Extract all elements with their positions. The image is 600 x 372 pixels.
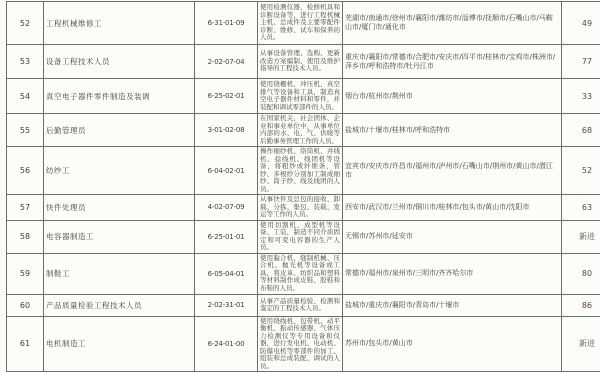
shortage-rank-cell: 33 — [562, 79, 600, 114]
table-row: 60 产品质量检验工程技术人员 2-02-31-01 从事产品质量检验、检测和鉴… — [7, 294, 600, 316]
row-number: 53 — [20, 57, 30, 66]
occupation-code: 6-04-02-01 — [208, 167, 245, 175]
city-list-cell: 烟台市/杭州市/荆州市 — [343, 79, 562, 114]
job-description-cell: 从事设备管理、选购、更新改造方案编制、使用及维护指导的工程技术人员。 — [258, 45, 343, 79]
occupation-name: 纺纱工 — [46, 166, 70, 175]
occupation-name-cell: 电机制造工 — [44, 316, 195, 356]
city-list-cell: 盐城市/重庆市/襄阳市/青岛市/十堰市 — [343, 294, 562, 316]
occupation-name-cell: 后勤管理员 — [44, 114, 195, 147]
job-description-cell: 使用检测仪器、检修机具和诊断设备等，进行工程机械主机、总成件及主要零配件诊断、维… — [258, 2, 343, 45]
city-list-cell: 芜湖市/南通市/徐州市/襄阳市/潍坊市/淄博市/抚顺市/石嘴山市/马鞍山市/厦门… — [343, 2, 562, 45]
occupation-code-cell: 6-05-04-01 — [195, 253, 258, 294]
table-row: 52 工程机械维修工 6-31-01-09 使用检测仪器、检修机具和诊断设备等，… — [7, 2, 600, 45]
row-number-cell: 58 — [7, 220, 44, 253]
occupation-name: 设备工程技术人员 — [46, 57, 110, 66]
city-list: 盐城市/十堰市/桂林市/呼和浩特市 — [345, 126, 559, 135]
shortage-rank-cell: 68 — [562, 114, 600, 147]
occupation-name: 真空电子器件零件制造及装调 — [46, 92, 150, 101]
row-number-cell: 52 — [7, 2, 44, 45]
occupations-table-body: 52 工程机械维修工 6-31-01-09 使用检测仪器、检修机具和诊断设备等，… — [7, 2, 600, 357]
occupation-code-cell: 2-02-31-01 — [195, 294, 258, 316]
occupation-code: 2-02-31-01 — [208, 301, 245, 309]
occupation-name: 工程机械维修工 — [46, 19, 102, 28]
job-description-cell: 使用绕栅机、冲压机、真空排气等设备和工具，制造真空电子器件材料和零件，并装配和调… — [258, 79, 343, 114]
row-number: 54 — [20, 92, 30, 101]
occupation-code-cell: 6-31-01-09 — [195, 2, 258, 45]
row-number-cell: 53 — [7, 45, 44, 79]
job-description-cell: 在国家机关、社会团体、企业和事业单位中，从事单位内部的水、电、气、供暖等后勤事务… — [258, 114, 343, 147]
row-number-cell: 59 — [7, 253, 44, 294]
occupation-code: 6-31-01-09 — [208, 19, 245, 27]
occupation-name: 制鞋工 — [46, 269, 70, 278]
city-list: 西安市/武汉市/兰州市/铜川市/桂林市/包头市/黄山市/沈阳市 — [345, 203, 559, 212]
occupation-code-cell: 6-25-02-01 — [195, 79, 258, 114]
occupation-code: 2-02-07-04 — [208, 58, 245, 66]
shortage-rank: 68 — [582, 126, 592, 135]
job-description-cell: 从事快件及总包的接收、卸载、分拣、集包、装载、发运等工作的人员。 — [258, 195, 343, 221]
job-description-cell: 操作细纱机、络筒机、并线机、捻线机、线团机等设备，将粗纱或纤维条、管纱、多根纱分… — [258, 147, 343, 195]
occupation-code-cell: 2-02-07-04 — [195, 45, 258, 79]
row-number: 57 — [20, 203, 30, 212]
occupation-name: 产品质量检验工程技术人员 — [46, 301, 142, 310]
city-list: 无锡市/苏州市/延安市 — [345, 232, 559, 241]
row-number-cell: 54 — [7, 79, 44, 114]
occupation-name-cell: 电容器制造工 — [44, 220, 195, 253]
occupation-code-cell: 6-25-01-01 — [195, 220, 258, 253]
city-list-cell: 盐城市/十堰市/桂林市/呼和浩特市 — [343, 114, 562, 147]
occupation-code-cell: 3-01-02-08 — [195, 114, 258, 147]
shortage-rank: 52 — [582, 166, 592, 175]
occupation-name-cell: 设备工程技术人员 — [44, 45, 195, 79]
row-number-cell: 60 — [7, 294, 44, 316]
occupation-code-cell: 4-02-07-09 — [195, 195, 258, 221]
occupation-code: 6-24-01-00 — [208, 340, 245, 348]
occupations-table: 52 工程机械维修工 6-31-01-09 使用检测仪器、检修机具和诊断设备等，… — [6, 1, 600, 356]
job-description: 使用绕线机、包带机、动平衡机、振动传感器、气体压力检测仪等专用设备和仪器，进行发… — [260, 318, 340, 357]
shortage-rank: 49 — [582, 19, 592, 28]
table-row: 61 电机制造工 6-24-01-00 使用绕线机、包带机、动平衡机、振动传感器… — [7, 316, 600, 356]
job-description: 使用绕栅机、冲压机、真空排气等设备和工具，制造真空电子器件材料和零件，并装配和调… — [260, 81, 340, 111]
document-page: 52 工程机械维修工 6-31-01-09 使用检测仪器、检修机具和诊断设备等，… — [6, 1, 594, 356]
city-list: 宜宾市/安庆市/许昌市/福州市/泸州市/石嘴山市/荆州市/黄山市/潜江市 — [345, 162, 559, 180]
occupation-code: 4-02-07-09 — [208, 203, 245, 211]
row-number-cell: 56 — [7, 147, 44, 195]
shortage-rank-cell: 86 — [562, 294, 600, 316]
job-description-cell: 使用黏合机、缝制机械、压合机、抛光机等设备或工具，将皮革、纺织品和塑料等材料制作… — [258, 253, 343, 294]
city-list: 芜湖市/南通市/徐州市/襄阳市/潍坊市/淄博市/抚顺市/石嘴山市/马鞍山市/厦门… — [345, 14, 559, 32]
shortage-rank-cell: 80 — [562, 253, 600, 294]
job-description: 使用切割机、成型机等设备、工装，制造不同介质固定和可变电容器的生产人员。 — [260, 222, 340, 252]
shortage-rank: 新进 — [579, 339, 595, 348]
row-number: 56 — [20, 166, 30, 175]
job-description-cell: 使用绕线机、包带机、动平衡机、振动传感器、气体压力检测仪等专用设备和仪器，进行发… — [258, 316, 343, 356]
occupation-code: 6-05-04-01 — [208, 270, 245, 278]
occupation-name-cell: 制鞋工 — [44, 253, 195, 294]
job-description: 使用检测仪器、检修机具和诊断设备等，进行工程机械主机、总成件及主要零配件诊断、维… — [260, 4, 340, 42]
job-description-cell: 从事产品质量检验、检测和鉴定的工程技术人员。 — [258, 294, 343, 316]
occupation-name: 电容器制造工 — [46, 232, 94, 241]
occupation-name: 电机制造工 — [46, 339, 86, 348]
city-list-cell: 常德市/福州市/泉州市/三明市/齐齐哈尔市 — [343, 253, 562, 294]
occupation-code: 6-25-01-01 — [208, 233, 245, 241]
occupation-name-cell: 真空电子器件零件制造及装调 — [44, 79, 195, 114]
occupation-name: 快件处理员 — [46, 203, 86, 212]
city-list-cell: 西安市/武汉市/兰州市/铜川市/桂林市/包头市/黄山市/沈阳市 — [343, 195, 562, 221]
job-description: 使用黏合机、缝制机械、压合机、抛光机等设备或工具，将皮革、纺织品和塑料等材料制作… — [260, 255, 340, 293]
occupation-code: 6-25-02-01 — [208, 92, 245, 100]
occupation-code: 3-01-02-08 — [208, 126, 245, 134]
shortage-rank-cell: 77 — [562, 45, 600, 79]
occupation-code-cell: 6-24-01-00 — [195, 316, 258, 356]
table-row: 56 纺纱工 6-04-02-01 操作细纱机、络筒机、并线机、捻线机、线团机等… — [7, 147, 600, 195]
occupation-name-cell: 产品质量检验工程技术人员 — [44, 294, 195, 316]
job-description: 从事快件及总包的接收、卸载、分拣、集包、装载、发运等工作的人员。 — [260, 196, 340, 219]
shortage-rank: 86 — [582, 301, 592, 310]
row-number-cell: 57 — [7, 195, 44, 221]
row-number: 52 — [20, 19, 30, 28]
occupation-code-cell: 6-04-02-01 — [195, 147, 258, 195]
city-list-cell: 苏州市/包头市/黄山市 — [343, 316, 562, 356]
row-number: 60 — [20, 301, 30, 310]
occupation-name-cell: 快件处理员 — [44, 195, 195, 221]
shortage-rank-cell: 63 — [562, 195, 600, 221]
city-list-cell: 重庆市/襄阳市/常德市/合肥市/安庆市/四平市/桂林市/宝鸡市/株洲市/萍乡市/… — [343, 45, 562, 79]
shortage-rank-cell: 新进 — [562, 220, 600, 253]
table-row: 58 电容器制造工 6-25-01-01 使用切割机、成型机等设备、工装，制造不… — [7, 220, 600, 253]
shortage-rank-cell: 49 — [562, 2, 600, 45]
shortage-rank-cell: 52 — [562, 147, 600, 195]
row-number: 59 — [20, 269, 30, 278]
table-row: 55 后勤管理员 3-01-02-08 在国家机关、社会团体、企业和事业单位中，… — [7, 114, 600, 147]
job-description: 操作细纱机、络筒机、并线机、捻线机、线团机等设备，将粗纱或纤维条、管纱、多根纱分… — [260, 148, 340, 193]
city-list: 盐城市/重庆市/襄阳市/青岛市/十堰市 — [345, 301, 559, 310]
table-row: 57 快件处理员 4-02-07-09 从事快件及总包的接收、卸载、分拣、集包、… — [7, 195, 600, 221]
table-row: 59 制鞋工 6-05-04-01 使用黏合机、缝制机械、压合机、抛光机等设备或… — [7, 253, 600, 294]
city-list-cell: 无锡市/苏州市/延安市 — [343, 220, 562, 253]
job-description-cell: 使用切割机、成型机等设备、工装，制造不同介质固定和可变电容器的生产人员。 — [258, 220, 343, 253]
city-list: 烟台市/杭州市/荆州市 — [345, 92, 559, 101]
job-description: 在国家机关、社会团体、企业和事业单位中，从事单位内部的水、电、气、供暖等后勤事务… — [260, 115, 340, 145]
occupation-name: 后勤管理员 — [46, 126, 86, 135]
row-number: 61 — [20, 339, 30, 348]
shortage-rank: 80 — [582, 269, 592, 278]
city-list-cell: 宜宾市/安庆市/许昌市/福州市/泸州市/石嘴山市/荆州市/黄山市/潜江市 — [343, 147, 562, 195]
shortage-rank: 新进 — [579, 232, 595, 241]
occupation-name-cell: 纺纱工 — [44, 147, 195, 195]
occupation-name-cell: 工程机械维修工 — [44, 2, 195, 45]
shortage-rank-cell: 新进 — [562, 316, 600, 356]
job-description: 从事产品质量检验、检测和鉴定的工程技术人员。 — [260, 298, 340, 313]
city-list: 常德市/福州市/泉州市/三明市/齐齐哈尔市 — [345, 269, 559, 278]
shortage-rank: 63 — [582, 203, 592, 212]
table-row: 53 设备工程技术人员 2-02-07-04 从事设备管理、选购、更新改造方案编… — [7, 45, 600, 79]
shortage-rank: 77 — [582, 57, 592, 66]
city-list: 苏州市/包头市/黄山市 — [345, 339, 559, 348]
city-list: 重庆市/襄阳市/常德市/合肥市/安庆市/四平市/桂林市/宝鸡市/株洲市/萍乡市/… — [345, 53, 559, 71]
row-number: 58 — [20, 232, 30, 241]
row-number: 55 — [20, 126, 30, 135]
job-description: 从事设备管理、选购、更新改造方案编制、使用及维护指导的工程技术人员。 — [260, 50, 340, 73]
shortage-rank: 33 — [582, 92, 592, 101]
table-row: 54 真空电子器件零件制造及装调 6-25-02-01 使用绕栅机、冲压机、真空… — [7, 79, 600, 114]
row-number-cell: 55 — [7, 114, 44, 147]
row-number-cell: 61 — [7, 316, 44, 356]
